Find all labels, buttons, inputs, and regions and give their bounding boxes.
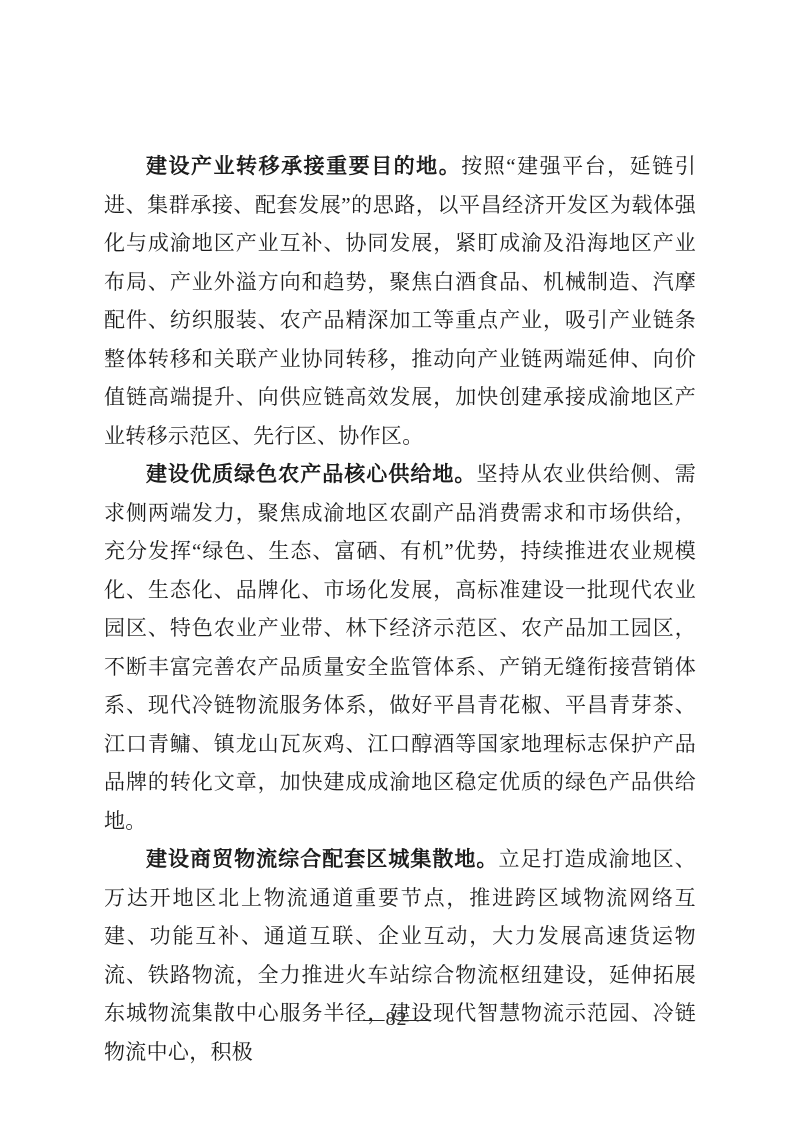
page-footer: —82— (0, 1008, 793, 1031)
paragraph-heading: 建设产业转移承接重要目的地。 (146, 154, 461, 178)
page-number: —82— (365, 1008, 429, 1030)
paragraph-heading: 建设商贸物流综合配套区城集散地。 (146, 847, 498, 871)
paragraph-text: 按照“建强平台，延链引进、集群承接、配套发展”的思路，以平昌经济开发区为载体强化… (104, 154, 696, 448)
paragraph-text: 立足打造成渝地区、万达开地区北上物流通道重要节点，推进跨区域物流网络互建、功能互… (104, 847, 696, 1064)
document-page: 建设产业转移承接重要目的地。按照“建强平台，延链引进、集群承接、配套发展”的思路… (0, 0, 793, 1122)
paragraph-text: 坚持从农业供给侧、需求侧两端发力，聚焦成渝地区农副产品消费需求和市场供给，充分发… (104, 462, 696, 833)
paragraph-heading: 建设优质绿色农产品核心供给地。 (146, 462, 476, 486)
paragraph-industry-transfer: 建设产业转移承接重要目的地。按照“建强平台，延链引进、集群承接、配套发展”的思路… (104, 147, 696, 455)
paragraph-green-agriculture: 建设优质绿色农产品核心供给地。坚持从农业供给侧、需求侧两端发力，聚焦成渝地区农副… (104, 455, 696, 840)
document-body: 建设产业转移承接重要目的地。按照“建强平台，延链引进、集群承接、配套发展”的思路… (104, 147, 696, 1071)
paragraph-trade-logistics: 建设商贸物流综合配套区城集散地。立足打造成渝地区、万达开地区北上物流通道重要节点… (104, 840, 696, 1071)
